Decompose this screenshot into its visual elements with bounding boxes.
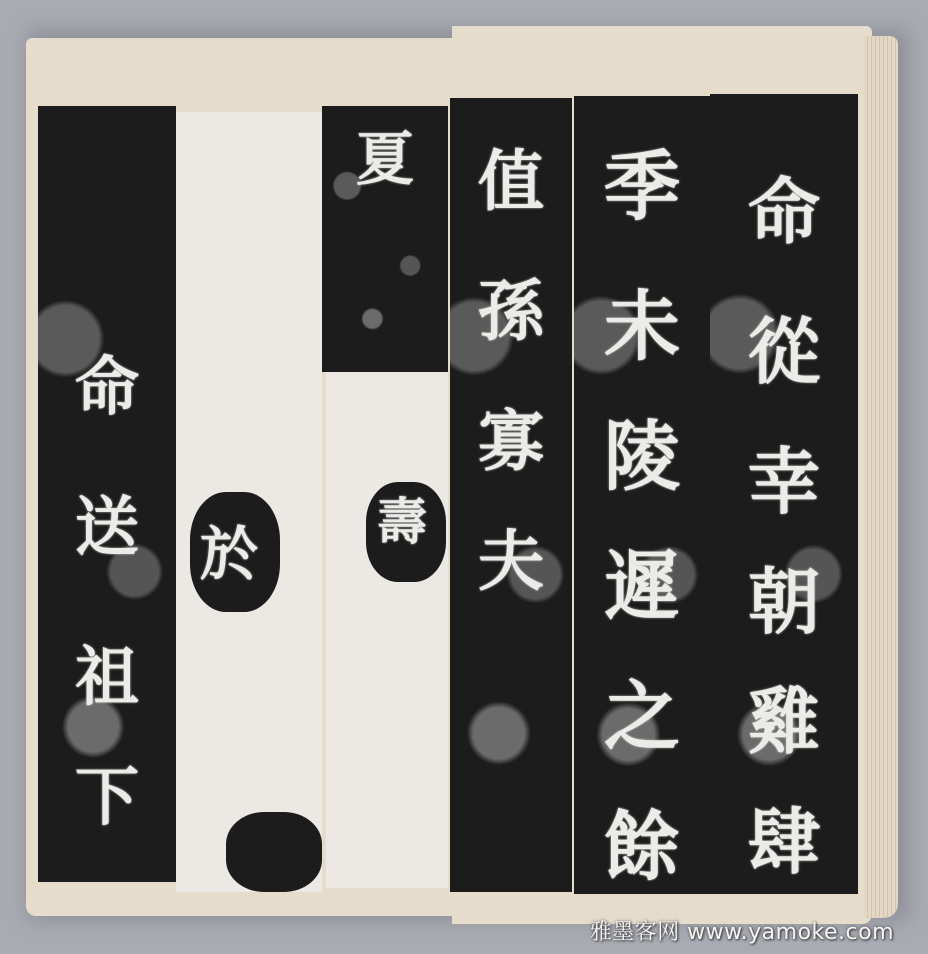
rubbing-strip-left-3: 夏 — [322, 106, 448, 372]
glyph: 壽 — [356, 482, 448, 554]
rubbing-strip-left-2: 於 — [176, 112, 322, 892]
glyph: 肆 — [710, 784, 858, 888]
glyph: 雞 — [710, 664, 858, 768]
glyph: 送 — [38, 476, 176, 568]
rubbing-strip-right-2: 季 未 陵 遲 之 餘 — [574, 96, 710, 894]
glyph: 餘 — [574, 786, 710, 894]
glyph: 遲 — [574, 526, 710, 635]
glyph: 祖 — [38, 626, 176, 718]
glyph: 命 — [710, 154, 858, 258]
rubbing-strip-left-3-lower: 壽 — [326, 372, 448, 888]
glyph: 未 — [574, 266, 710, 375]
glyph: 命 — [38, 336, 176, 428]
glyph: 陵 — [574, 396, 710, 505]
rubbing-strip-right-1: 命 從 幸 朝 雞 肆 — [710, 94, 858, 894]
glyph: 孫 — [450, 258, 572, 353]
glyph: 季 — [574, 126, 710, 235]
glyph: 夏 — [322, 112, 448, 196]
rubbing-strip-left-1: 命 送 祖 下 — [38, 106, 176, 882]
glyph: 朝 — [710, 544, 858, 648]
glyph: 之 — [574, 656, 710, 765]
glyph: 從 — [710, 294, 858, 398]
page-edges — [864, 36, 898, 918]
glyph: 寡 — [450, 388, 572, 483]
glyph: 夫 — [450, 508, 572, 603]
watermark: 雅墨客网 www.yamoke.com — [590, 915, 894, 946]
glyph: 值 — [450, 128, 572, 223]
rubbing-strip-right-3: 值 孫 寡 夫 — [450, 98, 572, 892]
glyph: 幸 — [710, 424, 858, 528]
glyph: 於 — [176, 507, 322, 591]
glyph: 下 — [38, 746, 176, 838]
